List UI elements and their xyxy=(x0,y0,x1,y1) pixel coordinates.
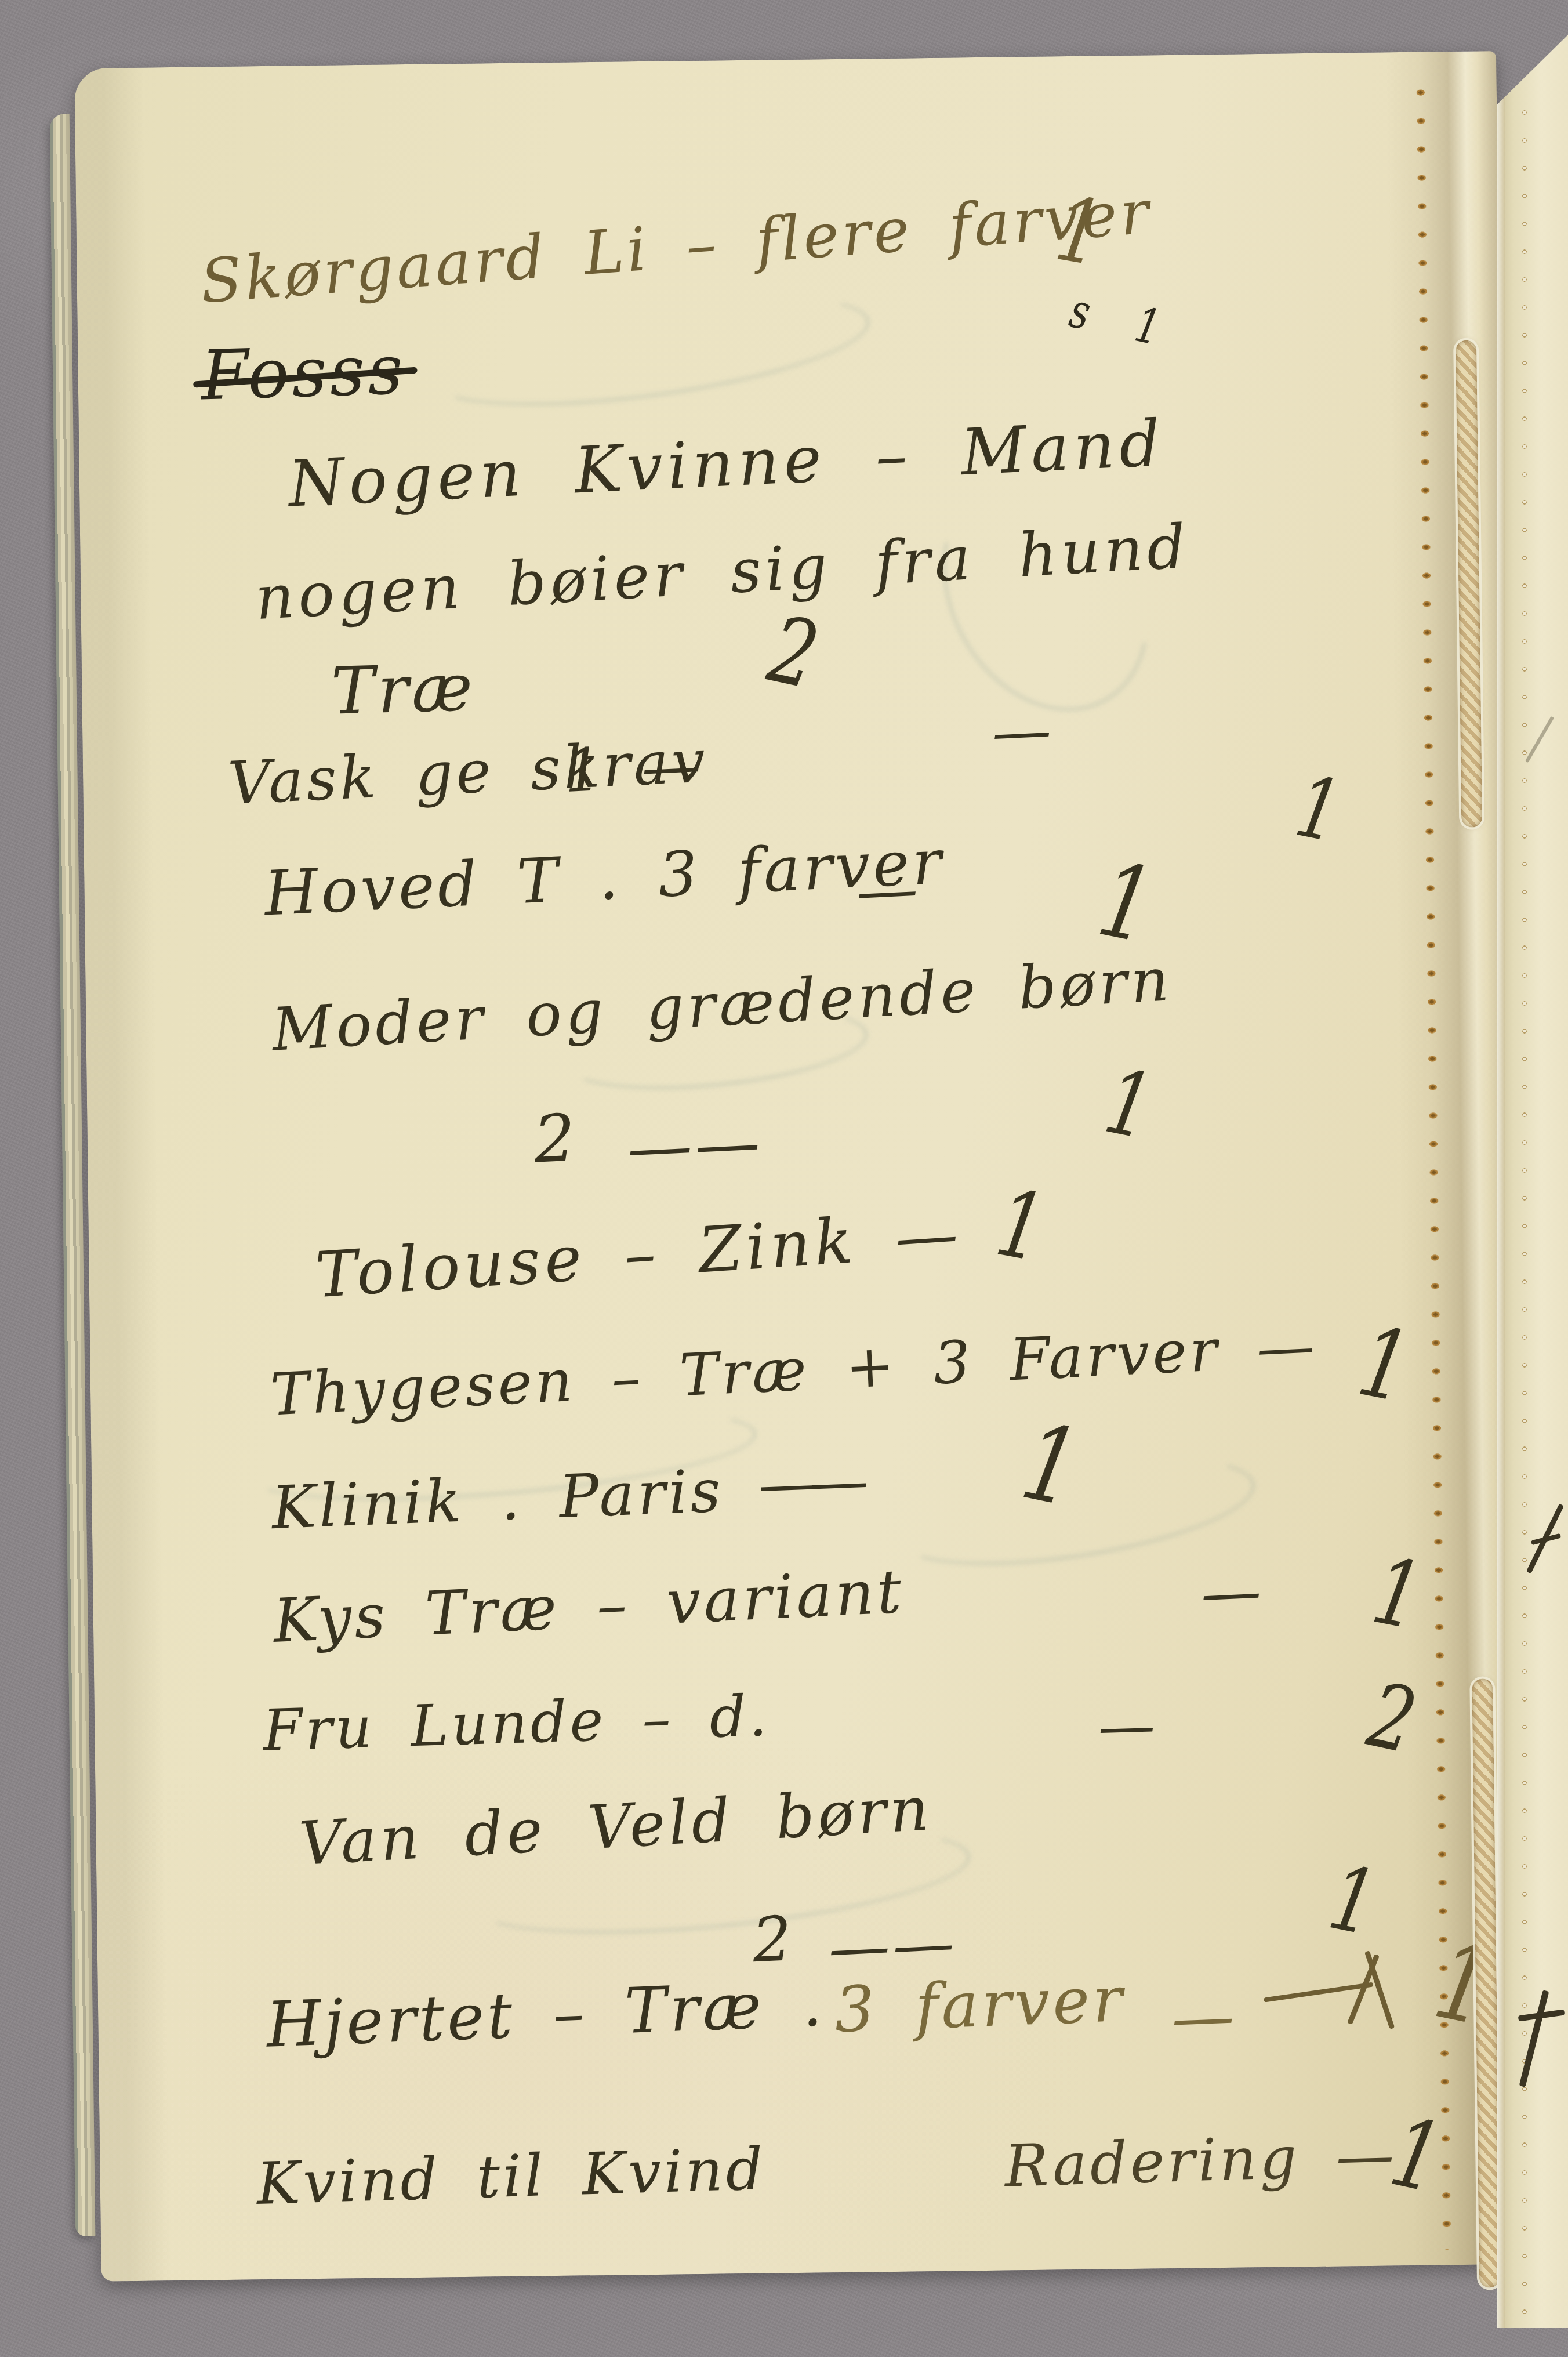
handwritten-line: Kys Træ – variant — 1 xyxy=(272,1561,905,1651)
line-text: Hoved T . 3 farver xyxy=(263,826,946,929)
line-text: Thygesen – Træ + 3 Farver — xyxy=(269,1311,1319,1428)
tally-mark: 1 xyxy=(1091,848,1163,959)
line-text-light: 3 farver xyxy=(833,1968,1126,2042)
handwritten-line: Tolouse – Zink — 1 xyxy=(314,1203,964,1307)
handwritten-line: Fosss s 1 xyxy=(200,335,406,409)
line-text: Tolouse – Zink — xyxy=(313,1198,964,1312)
handwritten-line: Skørgaard Li – flere farver 1 xyxy=(198,182,1153,311)
tally-mark: 1 xyxy=(1323,1852,1386,1949)
line-text: Kys Træ – variant xyxy=(271,1556,905,1656)
line-text: Træ xyxy=(330,650,476,729)
tally-mark: 1 xyxy=(990,1177,1055,1276)
line-text: Skørgaard Li – flere farver xyxy=(198,176,1154,317)
line-text-struck: Fosss xyxy=(200,329,407,415)
handwritten-line: Thygesen – Træ + 3 Farver — 1 xyxy=(269,1317,1319,1424)
count-mark: 1 — xyxy=(563,736,705,802)
handwritten-line: Træ 2 xyxy=(331,655,477,724)
technique-label: Radering — xyxy=(1004,2126,1398,2196)
handwritten-line: Kvind til Kvind Radering — 1 xyxy=(256,2140,767,2213)
notebook-page: Skørgaard Li – flere farver 1 Fosss s 1 … xyxy=(74,51,1523,2282)
line-text: Kvind til Kvind xyxy=(256,2135,767,2218)
dash-mark: — xyxy=(990,701,1055,763)
line-text: Fru Lunde – d. xyxy=(262,1683,771,1764)
dash-mark: —— xyxy=(626,1109,764,1181)
line-text: Hjertet – Træ . xyxy=(265,1968,826,2062)
handwritten-line: Hjertet – Træ . 3 farver — 1 xyxy=(266,1973,826,2057)
dash-mark: — xyxy=(1170,1985,1238,2050)
handwritten-line: 2 —— 1 xyxy=(751,1908,796,1971)
perforation-line-next-page xyxy=(1517,99,1532,2316)
page-fold-highlight xyxy=(1497,29,1505,2328)
tally-mark: s 1 xyxy=(1066,287,1175,355)
check-flourish xyxy=(1262,1947,1410,2039)
handwritten-line: Vask ge skrav 1 — — 1 xyxy=(227,732,709,814)
tally-mark: 1 xyxy=(1290,764,1349,856)
handwritten-line: 2 —— 1 xyxy=(532,1105,579,1172)
handwritten-line: Fru Lunde – d. — 2 xyxy=(262,1688,771,1760)
dash-mark: — xyxy=(1199,1560,1265,1623)
bleedthrough-mark xyxy=(422,275,875,426)
handwritten-line: Klinik . Paris —— 1 xyxy=(271,1462,725,1538)
next-page-sliver xyxy=(1497,29,1568,2328)
dash-mark: —— xyxy=(757,1452,862,1515)
photograph-of-notebook-page: { "palette": { "felt_background": "#8b86… xyxy=(0,0,1568,2357)
tally-mark: 1 xyxy=(1099,1056,1162,1152)
dash-mark: — xyxy=(855,858,922,922)
handwritten-line: Hoved T . 3 farver — 1 xyxy=(263,831,945,924)
dash-mark: — xyxy=(1097,1697,1159,1756)
line-text: 2 xyxy=(751,1903,796,1976)
line-text: 2 xyxy=(532,1100,580,1177)
dash-mark: —— xyxy=(827,1912,959,1979)
tally-mark: 2 xyxy=(762,603,829,704)
